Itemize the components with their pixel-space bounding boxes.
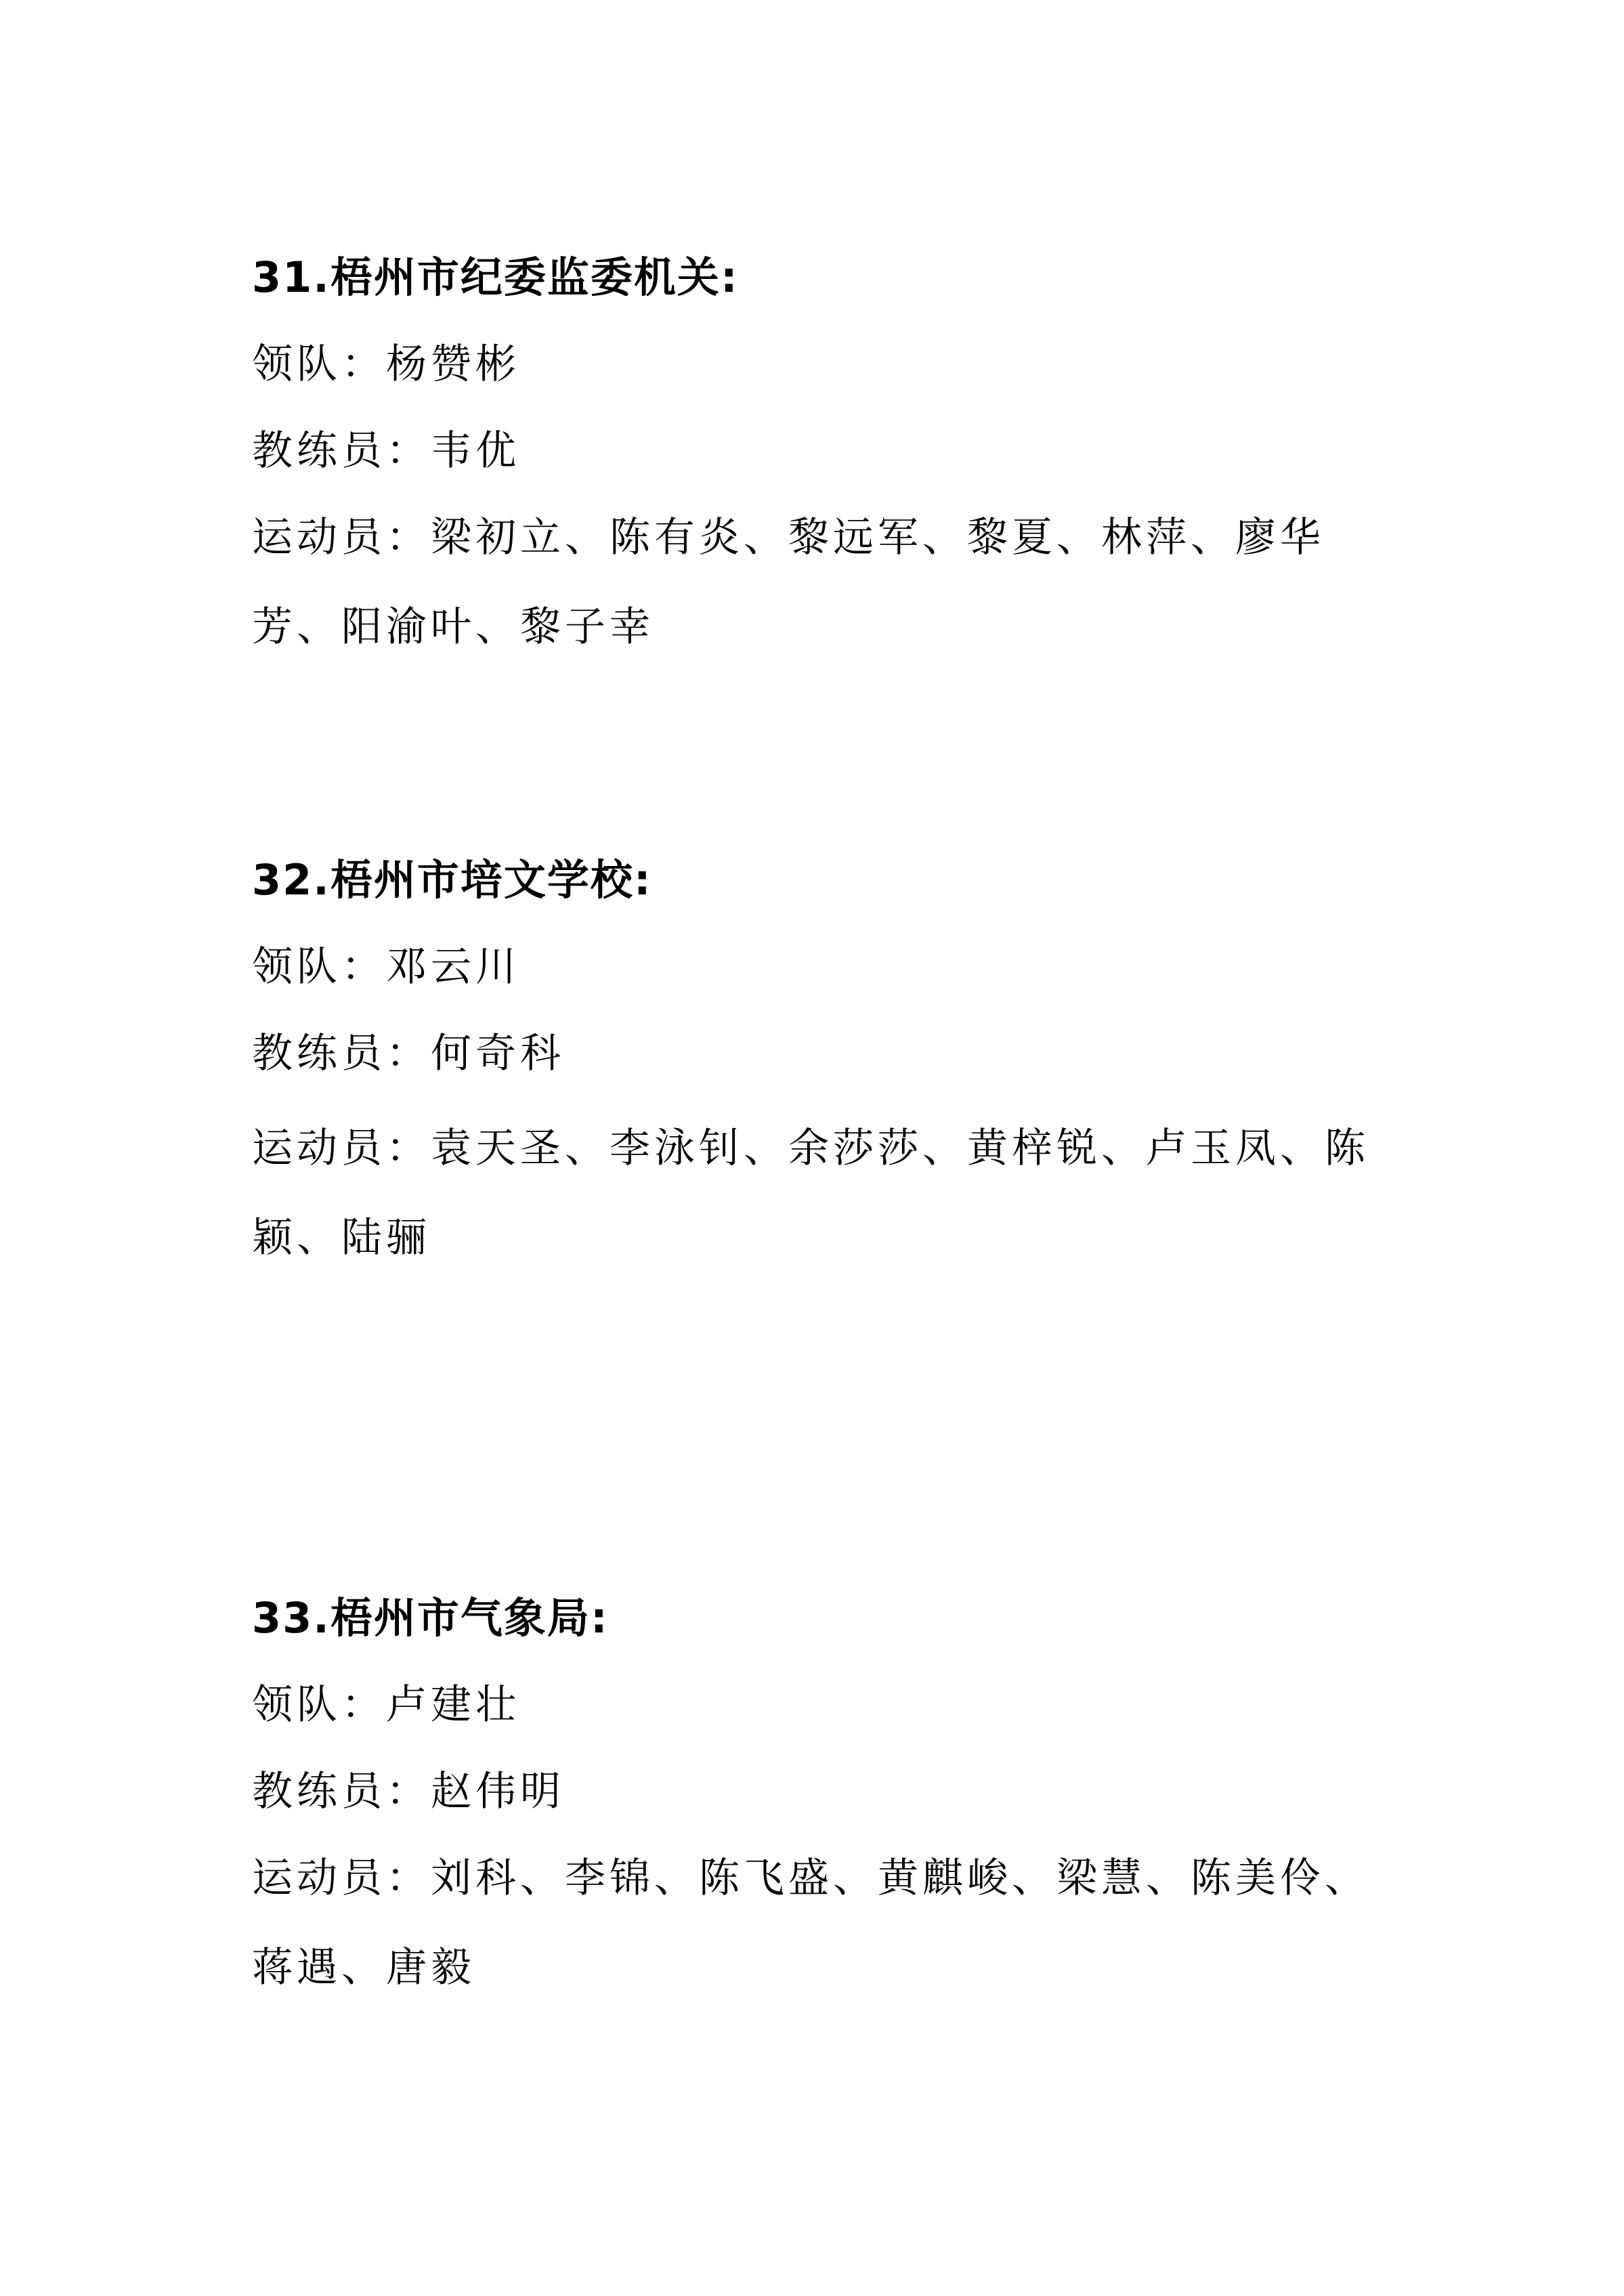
leader-name: 卢建壮 xyxy=(386,1681,520,1729)
leader-name: 邓云川 xyxy=(386,943,520,991)
athletes-line: 运动员：刘科、李锦、陈飞盛、黄麒峻、梁慧、陈美伶、蒋遇、唐毅 xyxy=(252,1834,1403,2012)
team-section-31: 31.梧州市纪委监委机关: 领队：杨赞彬 教练员：韦优 运动员：梁初立、陈有炎、… xyxy=(252,251,1403,670)
coach-line: 教练员：赵伟明 xyxy=(252,1764,565,1819)
section-heading: 33.梧州市气象局: xyxy=(252,1591,609,1645)
coach-line: 教练员：何奇科 xyxy=(252,1026,565,1081)
leader-line: 领队：邓云川 xyxy=(252,940,520,994)
section-heading: 31.梧州市纪委监委机关: xyxy=(252,251,739,305)
coach-label: 教练员： xyxy=(252,427,431,475)
athletes-label: 运动员： xyxy=(252,514,431,561)
coach-label: 教练员： xyxy=(252,1030,431,1077)
athletes-label: 运动员： xyxy=(252,1125,431,1172)
section-heading: 32.梧州市培文学校: xyxy=(252,853,652,907)
coach-name: 赵伟明 xyxy=(431,1768,565,1815)
athletes-label: 运动员： xyxy=(252,1855,431,1902)
leader-name: 杨赞彬 xyxy=(386,341,520,388)
team-section-32: 32.梧州市培文学校: 领队：邓云川 教练员：何奇科 运动员：袁天圣、李泳钊、余… xyxy=(252,853,1403,1300)
leader-label: 领队： xyxy=(252,1681,386,1729)
athletes-line: 运动员：袁天圣、李泳钊、余莎莎、黄梓锐、卢玉凤、陈颖、陆骊 xyxy=(252,1104,1403,1282)
coach-label: 教练员： xyxy=(252,1768,431,1815)
coach-line: 教练员：韦优 xyxy=(252,424,520,478)
leader-label: 领队： xyxy=(252,943,386,991)
leader-line: 领队：杨赞彬 xyxy=(252,337,520,391)
coach-name: 何奇科 xyxy=(431,1030,565,1077)
leader-line: 领队：卢建壮 xyxy=(252,1678,520,1732)
coach-name: 韦优 xyxy=(431,427,520,475)
athletes-line: 运动员：梁初立、陈有炎、黎远军、黎夏、林萍、廖华芳、阳渝叶、黎子幸 xyxy=(252,493,1403,672)
leader-label: 领队： xyxy=(252,341,386,388)
team-section-33: 33.梧州市气象局: 领队：卢建壮 教练员：赵伟明 运动员：刘科、李锦、陈飞盛、… xyxy=(252,1591,1403,2011)
